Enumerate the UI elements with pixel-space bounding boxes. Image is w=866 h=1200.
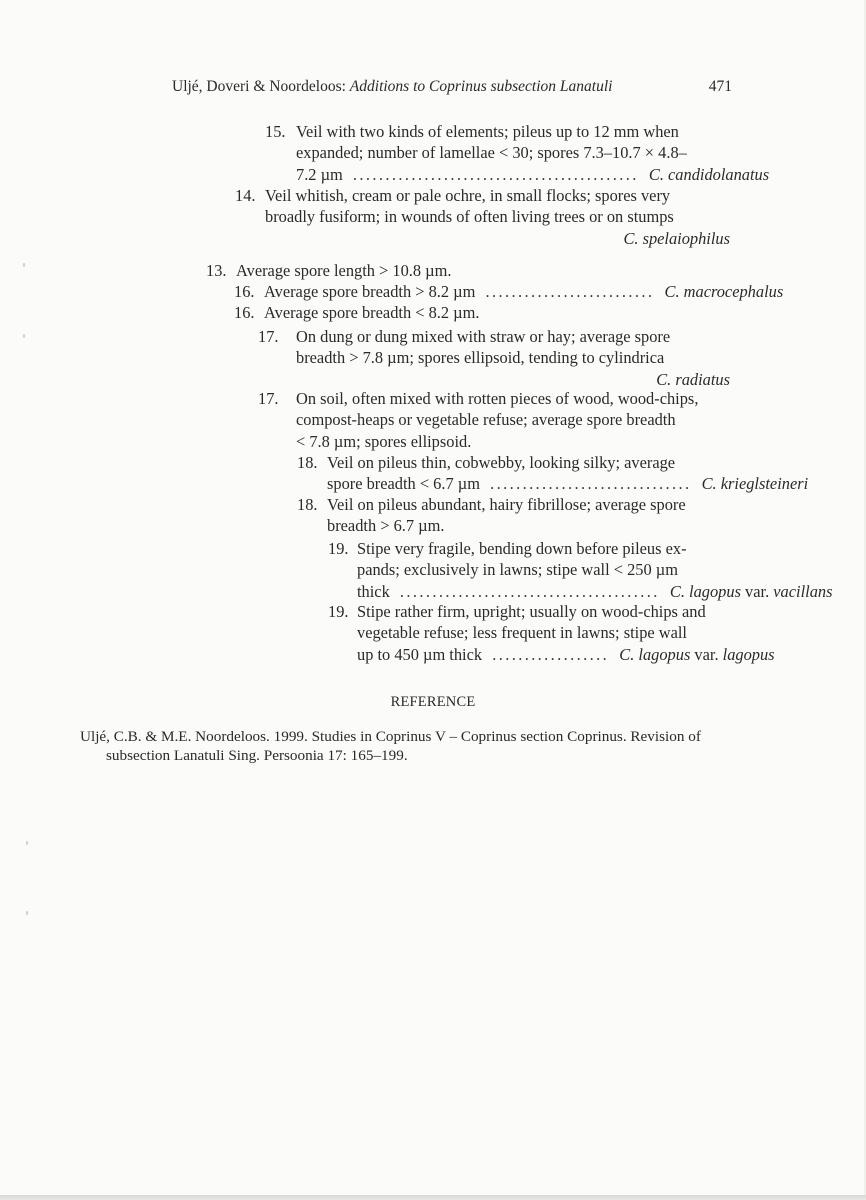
couplet-text-line: breadth > 7.8 µm; spores ellipsoid, tend… [296,347,730,368]
key-couplet-14b: 14. Veil whitish, cream or pale ochre, i… [265,185,730,249]
couplet-number: 17. [258,326,279,347]
couplet-leader-line: spore breadth < 6.7 µm .................… [327,473,730,494]
scan-mark [23,334,25,338]
leader-dots: ............................... [490,474,691,493]
couplet-leader-line: 7.2 µm .................................… [296,164,730,185]
leader-prefix: thick [357,582,390,601]
couplet-text-line: compost-heaps or vegetable refuse; avera… [296,409,730,430]
couplet-text-line: Veil whitish, cream or pale ochre, in sm… [265,185,730,206]
key-couplet-13b: 13. Average spore length > 10.8 µm. [236,260,730,281]
scan-mark [23,263,25,267]
leader-dots: ........................................ [400,582,660,601]
taxon-name: C. lagopus var. lagopus [619,645,774,664]
couplet-number: 18. [297,452,318,473]
running-head-authors: Uljé, Doveri & Noordeloos: [172,78,350,95]
taxon-name: C. krieglsteineri [702,474,809,493]
taxon-name: C. lagopus var. vacillans [670,582,833,601]
reference-line: Uljé, C.B. & M.E. Noordeloos. 1999. Stud… [80,727,735,746]
couplet-number: 13. [206,260,227,281]
leader-prefix: Average spore breadth > 8.2 µm [264,282,475,301]
couplet-text-line: pands; exclusively in lawns; stipe wall … [357,559,730,580]
leader-dots: .......................... [485,282,654,301]
couplet-number: 14. [235,185,256,206]
couplet-text-line: Veil with two kinds of elements; pileus … [296,121,730,142]
key-couplet-19b: 19. Stipe rather firm, upright; usually … [357,601,730,665]
couplet-number: 16. [234,302,255,323]
couplet-text-line: On dung or dung mixed with straw or hay;… [296,326,730,347]
key-couplet-16b: 16. Average spore breadth < 8.2 µm. [264,302,730,323]
couplet-text-line: Veil on pileus thin, cobwebby, looking s… [327,452,730,473]
reference-entry: Uljé, C.B. & M.E. Noordeloos. 1999. Stud… [80,727,735,765]
taxon-name: C. radiatus [296,369,730,390]
couplet-text-line: < 7.8 µm; spores ellipsoid. [296,431,730,452]
key-couplet-17b: 17. On soil, often mixed with rotten pie… [296,388,730,452]
couplet-number: 17. [258,388,279,409]
scan-mark [26,911,28,915]
couplet-leader-line: Average spore breadth > 8.2 µm .........… [264,281,730,302]
key-couplet-19a: 19. Stipe very fragile, bending down bef… [357,538,730,602]
taxon-name: C. candidolanatus [649,165,769,184]
couplet-text-line: expanded; number of lamellae < 30; spore… [296,142,730,163]
running-head-title: Additions to Coprinus subsection Lanatul… [350,78,613,95]
couplet-number: 15. [265,121,286,142]
couplet-number: 18. [297,494,318,515]
couplet-leader-line: thick ..................................… [357,581,730,602]
couplet-text-line: Veil on pileus abundant, hairy fibrillos… [327,494,730,515]
leader-prefix: spore breadth < 6.7 µm [327,474,480,493]
taxon-name: C. spelaiophilus [265,228,730,249]
key-couplet-16a: 16. Average spore breadth > 8.2 µm .....… [264,281,730,302]
key-couplet-15a: 15. Veil with two kinds of elements; pil… [296,121,730,185]
couplet-text-line: breadth > 6.7 µm. [327,515,730,536]
couplet-text-line: broadly fusiform; in wounds of often liv… [265,206,730,227]
couplet-text-line: On soil, often mixed with rotten pieces … [296,388,730,409]
running-head: Uljé, Doveri & Noordeloos: Additions to … [172,77,732,97]
reference-line: subsection Lanatuli Sing. Persoonia 17: … [80,746,735,765]
couplet-text-line: Average spore length > 10.8 µm. [236,260,730,281]
couplet-leader-line: up to 450 µm thick .................. C.… [357,644,730,665]
key-couplet-17a: 17. On dung or dung mixed with straw or … [296,326,730,390]
taxon-name: C. macrocephalus [665,282,784,301]
couplet-text-line: Average spore breadth < 8.2 µm. [264,302,730,323]
couplet-text-line: Stipe very fragile, bending down before … [357,538,730,559]
scan-mark [26,841,28,845]
leader-prefix: up to 450 µm thick [357,645,482,664]
leader-dots: ........................................… [353,165,639,184]
key-couplet-18a: 18. Veil on pileus thin, cobwebby, looki… [327,452,730,495]
couplet-text-line: vegetable refuse; less frequent in lawns… [357,622,730,643]
page-number: 471 [690,77,732,97]
leader-prefix: 7.2 µm [296,165,343,184]
key-couplet-18b: 18. Veil on pileus abundant, hairy fibri… [327,494,730,537]
couplet-number: 19. [328,601,349,622]
leader-dots: .................. [492,645,609,664]
couplet-number: 16. [234,281,255,302]
couplet-text-line: Stipe rather firm, upright; usually on w… [357,601,730,622]
couplet-number: 19. [328,538,349,559]
page-edge-bottom [0,1195,866,1200]
reference-heading: REFERENCE [0,694,866,711]
